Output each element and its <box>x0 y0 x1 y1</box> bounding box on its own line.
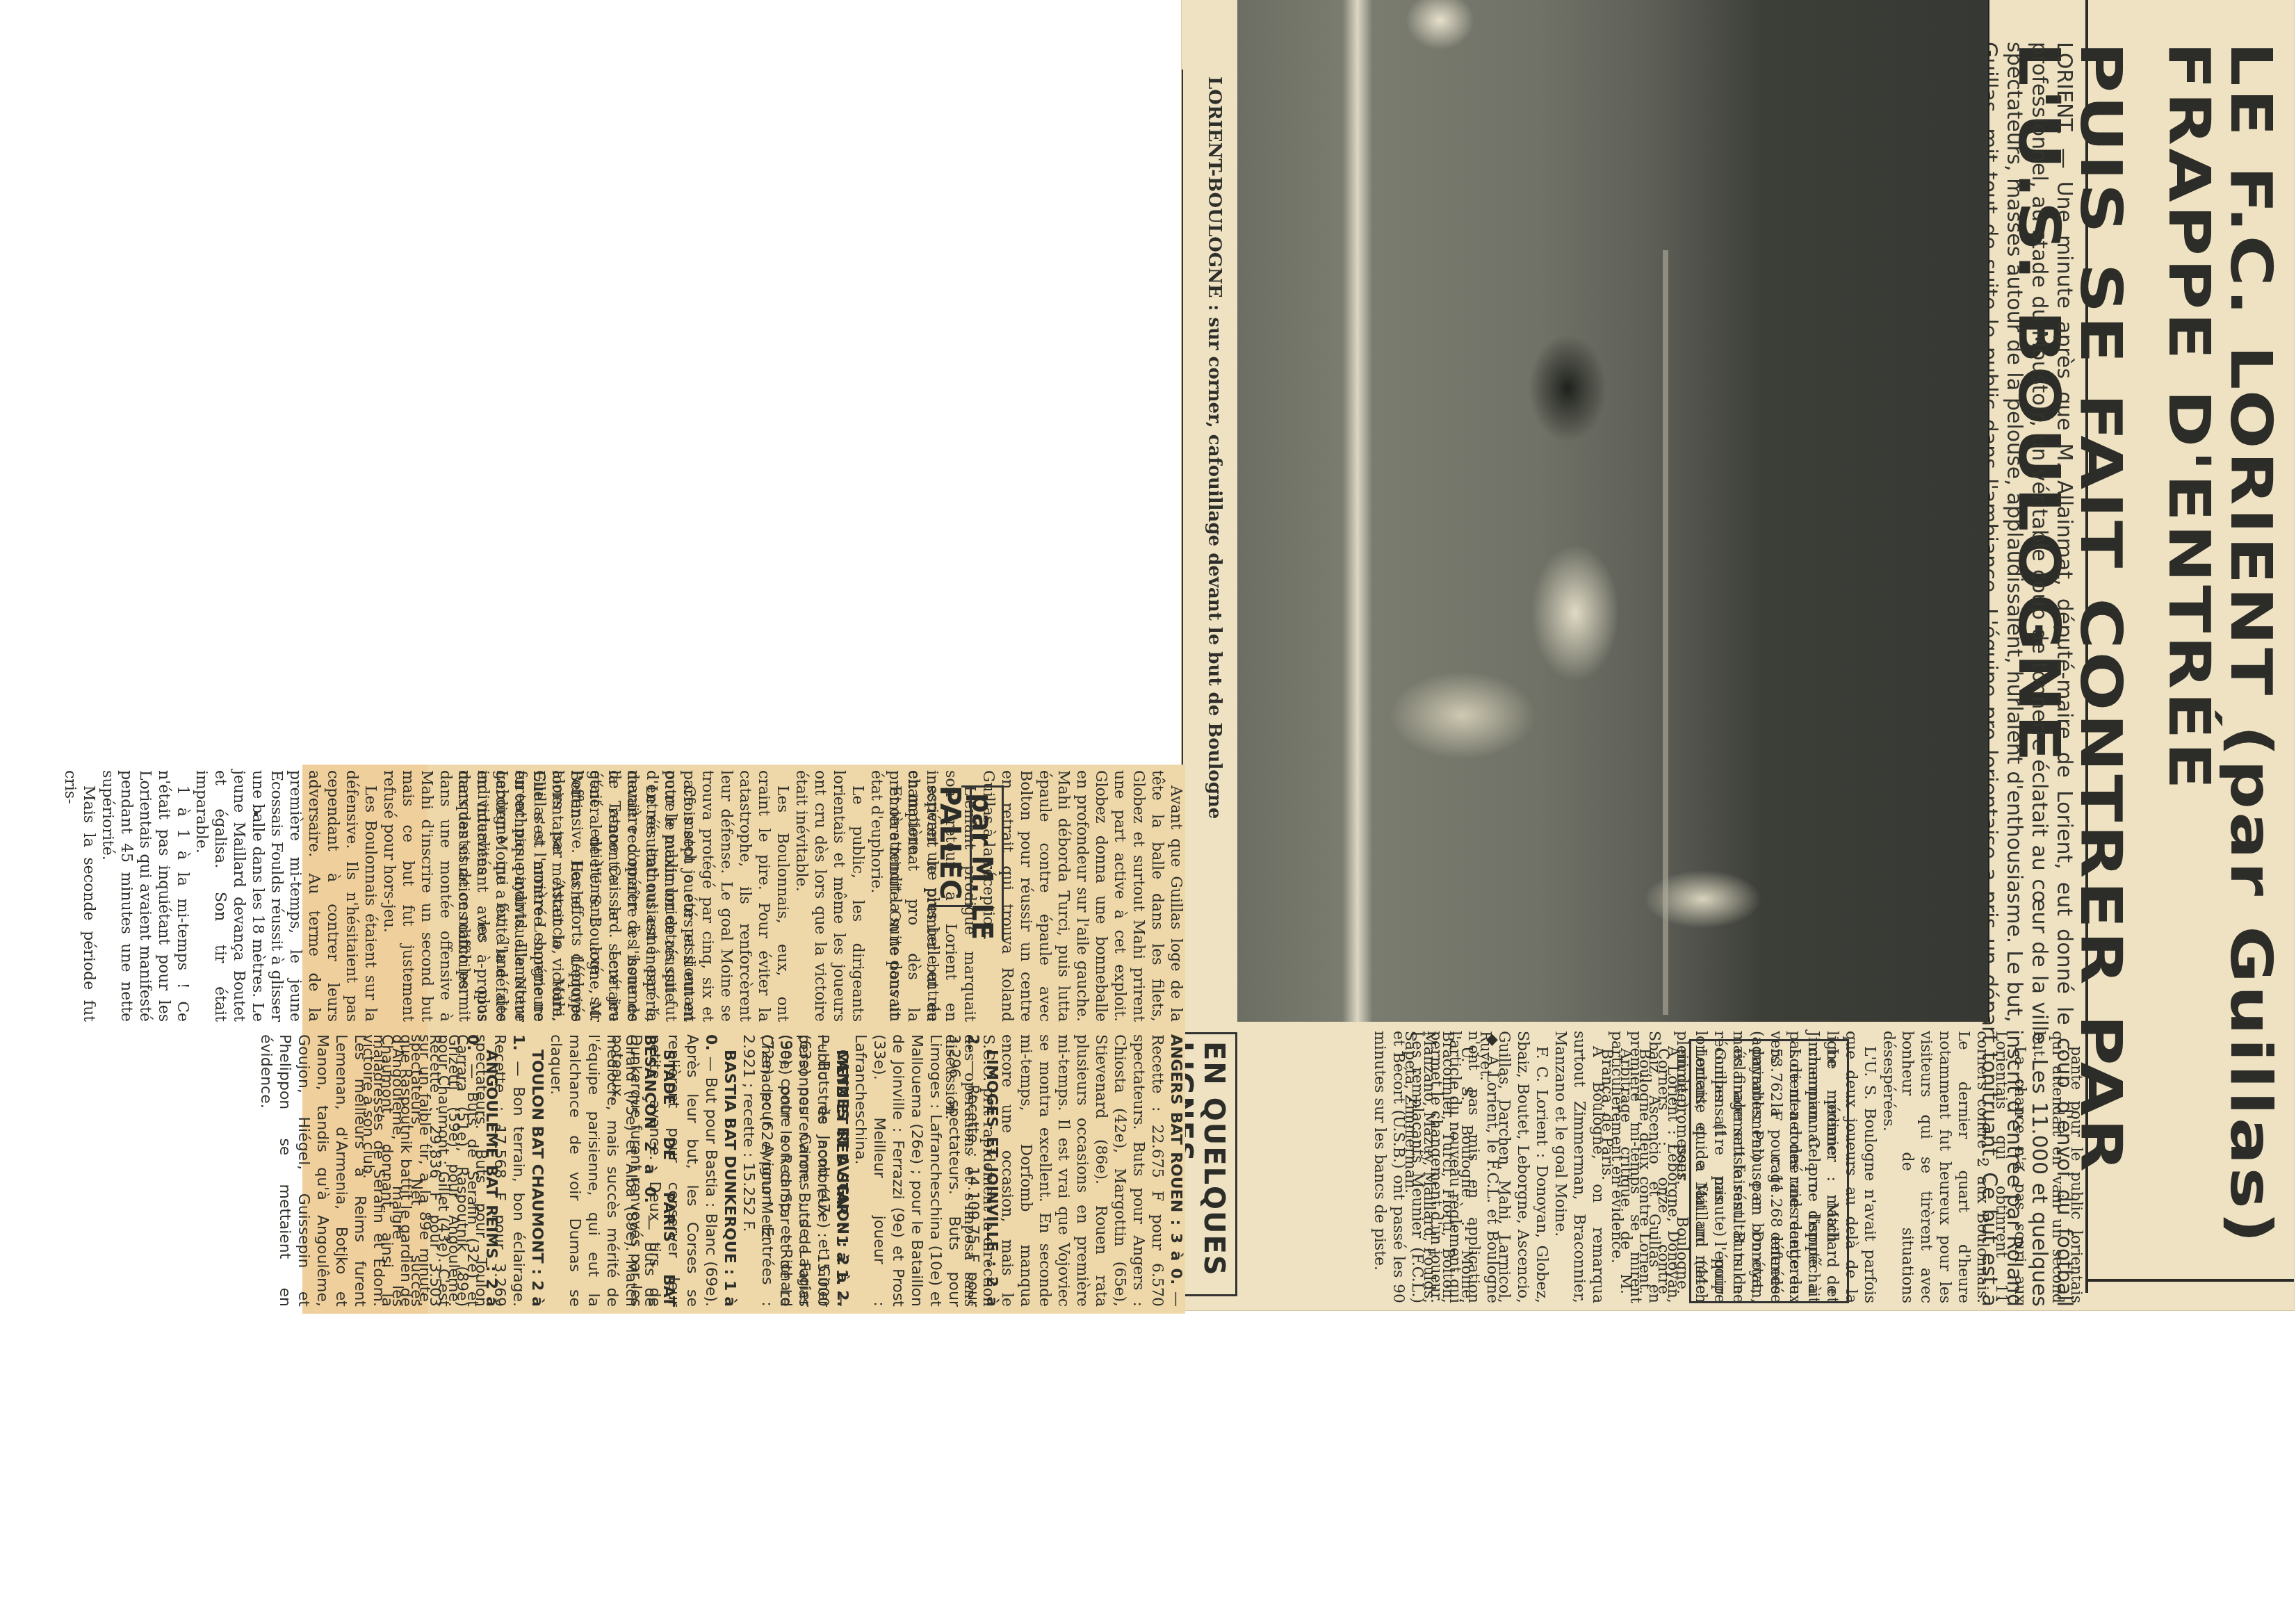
match-facts-box: Le premier match de championnat pro disp… <box>1689 1039 1849 1303</box>
article-continuation-top: Avant que Guillas loge de la tête la bal… <box>1004 765 1185 1022</box>
headline-line-1: LE F.C. LORIENT (par Guillas) FRAPPE D'E… <box>2158 42 2281 1293</box>
article-continuation-low: Ce match a été passionnant pour le publi… <box>313 765 699 1022</box>
paragraph: 1 à 1 à la mi-temps ! Ce n'était pas inq… <box>98 770 192 1022</box>
clipping-left-piece: ANGERS BAT ROUEN : 3 à 0. — Recette : 22… <box>302 765 1185 1314</box>
paragraph: A Boulogne, on remarqua surtout Zimmerma… <box>1551 1031 1607 1303</box>
substitutes-note: ◆ A Lorient, le F.C.L. et Boulogne n'ont… <box>1376 1025 1501 1303</box>
headline-rule <box>2085 1279 2294 1282</box>
paragraph: Les Boulonnais étaient sur la défensive.… <box>192 770 380 1022</box>
football-match-photo <box>1237 0 1989 1022</box>
en-quelques-lignes-header: EN QUELQUES LIGNES... <box>1182 1032 1237 1296</box>
paragraph: Le public, les dirigeants lorientais et … <box>792 770 867 1022</box>
paragraph: Avant que Guillas loge de la tête la bal… <box>979 770 1185 1022</box>
paragraph: Ce match a été passionnant pour le publi… <box>380 770 699 1022</box>
result-angers: ANGERS BAT ROUEN : 3 à 0. — Recette : 22… <box>1004 1029 1185 1307</box>
paragraph: Mais la seconde période fut cris- <box>60 770 98 1022</box>
result-angouleme: ANGOULÊME BAT REIMS : 2 à 0. — Buts de S… <box>313 1029 500 1307</box>
article-continuation-mid: espérer une plus belle entrée en matière… <box>706 765 942 1022</box>
article-lower-columns: pante pour le public lorientais qui atte… <box>1182 1025 2085 1310</box>
headline: LE F.C. LORIENT (par Guillas) FRAPPE D'E… <box>2085 0 2294 1293</box>
pitch-line <box>1663 250 1668 1015</box>
byline-box: par M. LE PALLEC <box>949 785 998 1022</box>
result-limoges-metz: LIMOGES ET JOINVILLE : 2 à 2. — Recette … <box>855 1029 1001 1307</box>
article-column-b: A Lorient : Leborgne, Donoyan, Sbaiz, As… <box>1508 1025 1682 1303</box>
paragraph: espérer une plus belle entrée en matière… <box>904 770 942 1022</box>
paragraph: A Lorient : Leborgne, Donoyan, Sbaiz, As… <box>1607 1031 1682 1303</box>
clipping-main-piece: LE F.C. LORIENT (par Guillas) FRAPPE D'E… <box>1182 0 2294 1310</box>
result-cannes-bastia: CANNES ET AVIGNON : 2 à 2. — Buts de Jac… <box>681 1029 852 1307</box>
scan-speck <box>254 812 258 816</box>
result-stade-toulon: STADE DE PARIS BAT BESANÇON 2 à 0. — But… <box>504 1029 678 1307</box>
photo-caption: LORIENT-BOULOGNE : sur corner, cafouilla… <box>1182 0 1237 1022</box>
article-column-a: pante pour le public lorientais qui atte… <box>1856 1025 2085 1303</box>
paragraph: Et on attendit la suite dans un état d'e… <box>867 770 904 1022</box>
paragraph: La chance n'a pas souri aux Lorientais q… <box>1879 1031 2029 1303</box>
paragraph: pante pour le public lorientais qui atte… <box>2029 1031 2085 1303</box>
